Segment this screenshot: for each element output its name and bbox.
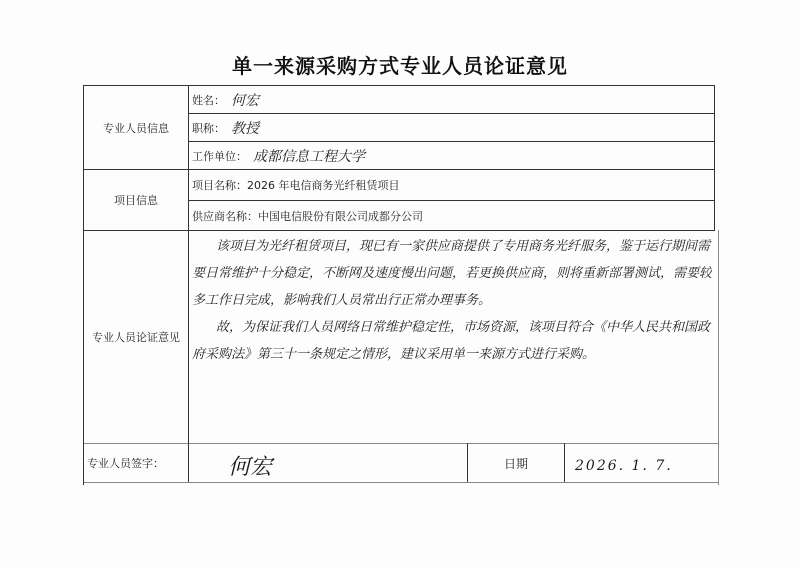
table-border-right [714, 85, 715, 230]
table-border-right [718, 230, 719, 485]
document-title: 单一来源采购方式专业人员论证意见 [0, 50, 800, 79]
employer-label: 工作单位： [192, 148, 247, 164]
project-name: 项目名称：2026 年电信商务光纤租赁项目 [189, 170, 714, 200]
table-border-bottom [83, 482, 718, 483]
date-value: 2026. 1. 7. [575, 458, 673, 474]
opinion-label: 专业人员论证意见 [84, 231, 188, 443]
project-info-label: 项目信息 [84, 170, 188, 230]
signature-label: 专业人员签字： [84, 444, 188, 482]
opinion-paragraph: 该项目为光纤租赁项目，现已有一家供应商提供了专用商务光纤服务，鉴于运行期间需要日… [192, 233, 712, 314]
name-label: 姓名： [192, 92, 225, 108]
expert-info-label: 专业人员信息 [84, 86, 188, 169]
title-value: 教授 [231, 118, 259, 138]
name-value: 何宏 [231, 90, 259, 110]
document-page: 单一来源采购方式专业人员论证意见 专业人员信息 姓名： 何宏 职称： 教授 工作… [0, 0, 800, 568]
signature-value: 何宏 [228, 450, 272, 481]
opinion-paragraph: 故，为保证我们人员网络日常维护稳定性，市场资源，该项目符合《中华人民共和国政府采… [192, 314, 712, 368]
title-row: 职称： 教授 [189, 114, 714, 141]
title-label: 职称： [192, 120, 225, 136]
column-divider [564, 443, 565, 482]
employer-value: 成都信息工程大学 [253, 146, 365, 166]
opinion-text: 该项目为光纤租赁项目，现已有一家供应商提供了专用商务光纤服务，鉴于运行期间需要日… [192, 233, 712, 441]
name-row: 姓名： 何宏 [189, 86, 714, 113]
date-label: 日期 [468, 444, 564, 482]
employer-row: 工作单位： 成都信息工程大学 [189, 142, 714, 169]
supplier-name: 供应商名称：中国电信股份有限公司成都分公司 [189, 201, 714, 230]
